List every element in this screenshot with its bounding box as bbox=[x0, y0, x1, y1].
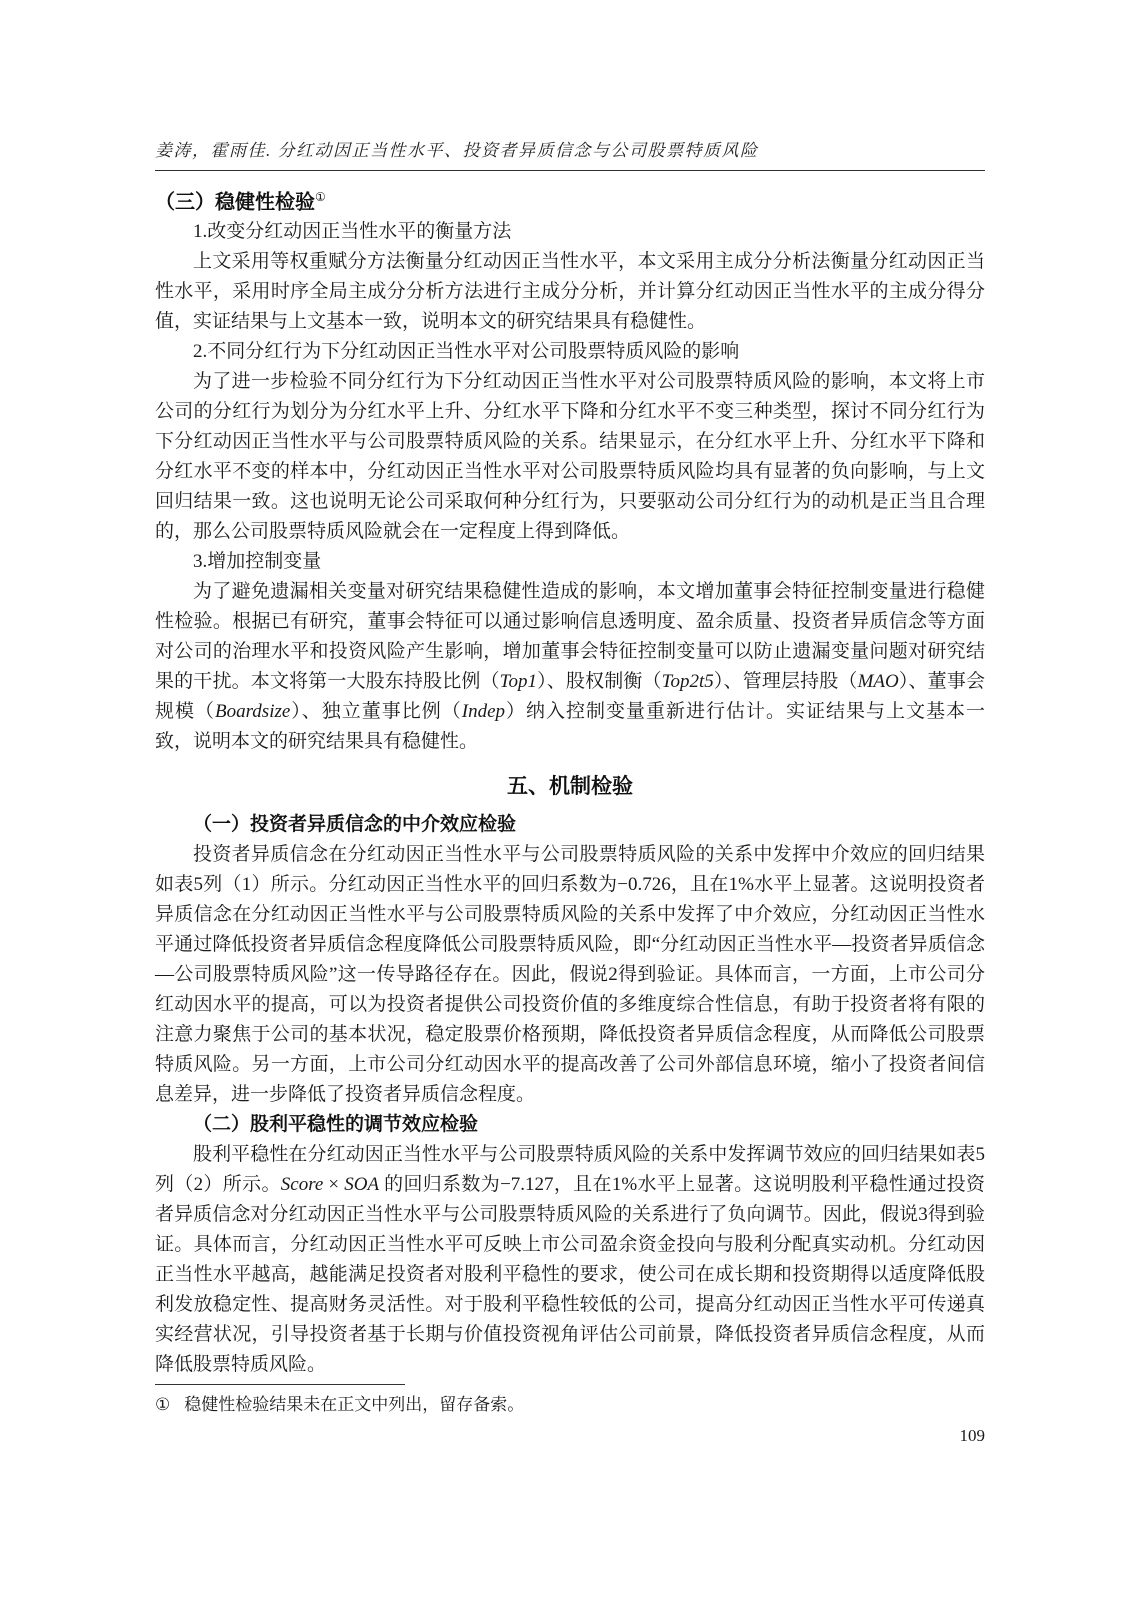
paragraph-dividend-behavior: 为了进一步检验不同分红行为下分红动因正当性水平对公司股票特质风险的影响，本文将上… bbox=[155, 367, 985, 547]
subsection-title-1: 1.改变分红动因正当性水平的衡量方法 bbox=[155, 217, 985, 247]
paragraph-moderation-effect: 股利平稳性在分红动因正当性水平与公司股票特质风险的关系中发挥调节效应的回归结果如… bbox=[155, 1140, 985, 1380]
section-heading-text: （三）稳健性检验 bbox=[155, 192, 315, 214]
footnote-divider bbox=[155, 1384, 405, 1385]
header-divider bbox=[155, 170, 985, 171]
footnote-reference: ① bbox=[315, 190, 326, 204]
subsection-heading-mediation: （一）投资者异质信念的中介效应检验 bbox=[155, 810, 985, 840]
paragraph-control-variables: 为了避免遗漏相关变量对研究结果稳健性造成的影响，本文增加董事会特征控制变量进行稳… bbox=[155, 577, 985, 757]
subsection-title-3: 3.增加控制变量 bbox=[155, 547, 985, 577]
subsection-heading-moderation: （二）股利平稳性的调节效应检验 bbox=[155, 1110, 985, 1140]
footnote-text: ①稳健性检验结果未在正文中列出，留存备索。 bbox=[155, 1393, 985, 1417]
footnote-content: 稳健性检验结果未在正文中列出，留存备索。 bbox=[184, 1395, 524, 1414]
paragraph-mediation-effect: 投资者异质信念在分红动因正当性水平与公司股票特质风险的关系中发挥中介效应的回归结… bbox=[155, 840, 985, 1110]
section-heading-robustness: （三）稳健性检验① bbox=[155, 183, 985, 217]
paragraph-measure-change: 上文采用等权重赋分方法衡量分红动因正当性水平，本文采用主成分分析法衡量分红动因正… bbox=[155, 247, 985, 337]
section-heading-mechanism: 五、机制检验 bbox=[155, 772, 985, 802]
footnote-marker: ① bbox=[155, 1395, 170, 1414]
journal-page: 姜涛，霍雨佳. 分红动因正当性水平、投资者异质信念与公司股票特质风险 （三）稳健… bbox=[0, 0, 1140, 1600]
running-head: 姜涛，霍雨佳. 分红动因正当性水平、投资者异质信念与公司股票特质风险 bbox=[155, 140, 985, 162]
page-content: 姜涛，霍雨佳. 分红动因正当性水平、投资者异质信念与公司股票特质风险 （三）稳健… bbox=[155, 140, 985, 1380]
footnote-area: ①稳健性检验结果未在正文中列出，留存备索。 bbox=[155, 1384, 985, 1417]
body-text: 1.改变分红动因正当性水平的衡量方法 上文采用等权重赋分方法衡量分红动因正当性水… bbox=[155, 217, 985, 1380]
subsection-title-2: 2.不同分红行为下分红动因正当性水平对公司股票特质风险的影响 bbox=[155, 337, 985, 367]
page-number: 109 bbox=[960, 1424, 986, 1448]
